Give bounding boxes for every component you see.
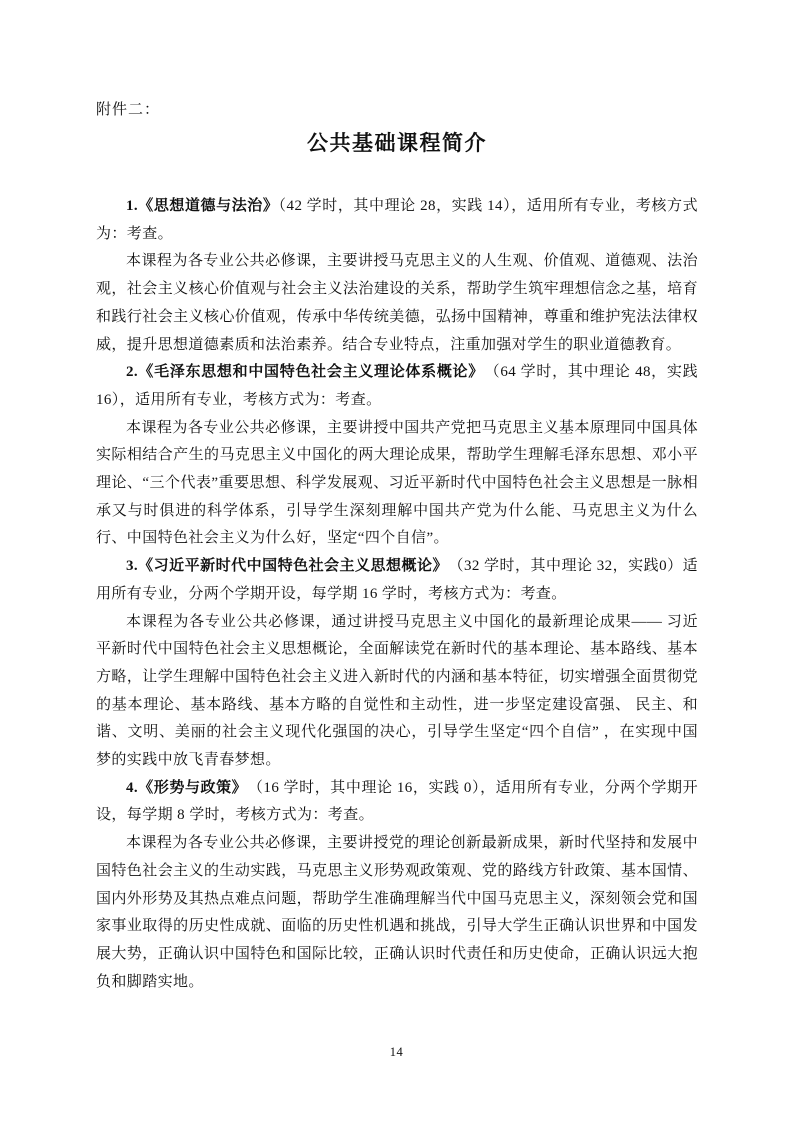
course-heading: 2.《毛泽东思想和中国特色社会主义理论体系概论》 （64 学时，其中理论 48，… bbox=[96, 359, 698, 414]
course-description: 本课程为各专业公共必修课，主要讲授中国共产党把马克思主义基本原理同中国具体实际相… bbox=[96, 415, 698, 554]
course-heading: 3.《习近平新时代中国特色社会主义思想概论》 （32 学时，其中理论 32，实践… bbox=[96, 553, 698, 608]
course-title: 4.《形势与政策》 bbox=[126, 780, 240, 796]
document-content-area: 附件二： 公共基础课程简介 1.《思想道德与法治》（42 学时，其中理论 28，… bbox=[96, 100, 698, 996]
course-description: 本课程为各专业公共必修课，主要讲授党的理论创新最新成果，新时代坚持和发展中国特色… bbox=[96, 830, 698, 996]
attachment-label: 附件二： bbox=[96, 100, 698, 120]
course-section-2: 2.《毛泽东思想和中国特色社会主义理论体系概论》 （64 学时，其中理论 48，… bbox=[96, 359, 698, 553]
document-page: 附件二： 公共基础课程简介 1.《思想道德与法治》（42 学时，其中理论 28，… bbox=[0, 0, 793, 1122]
course-heading: 1.《思想道德与法治》（42 学时，其中理论 28，实践 14），适用所有专业，… bbox=[96, 193, 698, 248]
course-section-4: 4.《形势与政策》 （16 学时，其中理论 16，实践 0），适用所有专业，分两… bbox=[96, 775, 698, 997]
course-section-3: 3.《习近平新时代中国特色社会主义思想概论》 （32 学时，其中理论 32，实践… bbox=[96, 553, 698, 775]
course-heading: 4.《形势与政策》 （16 学时，其中理论 16，实践 0），适用所有专业，分两… bbox=[96, 775, 698, 830]
course-title: 3.《习近平新时代中国特色社会主义思想概论》 bbox=[126, 558, 441, 574]
course-title: 1.《思想道德与法治》 bbox=[126, 198, 278, 214]
document-body: 1.《思想道德与法治》（42 学时，其中理论 28，实践 14），适用所有专业，… bbox=[96, 193, 698, 996]
course-description: 本课程为各专业公共必修课，通过讲授马克思主义中国化的最新理论成果—— 习近平新时… bbox=[96, 609, 698, 775]
course-description: 本课程为各专业公共必修课，主要讲授马克思主义的人生观、价值观、道德观、法治观，社… bbox=[96, 248, 698, 359]
course-title: 2.《毛泽东思想和中国特色社会主义理论体系概论》 bbox=[126, 364, 476, 380]
course-section-1: 1.《思想道德与法治》（42 学时，其中理论 28，实践 14），适用所有专业，… bbox=[96, 193, 698, 359]
page-number: 14 bbox=[0, 1045, 793, 1060]
page-title: 公共基础课程简介 bbox=[96, 131, 698, 157]
